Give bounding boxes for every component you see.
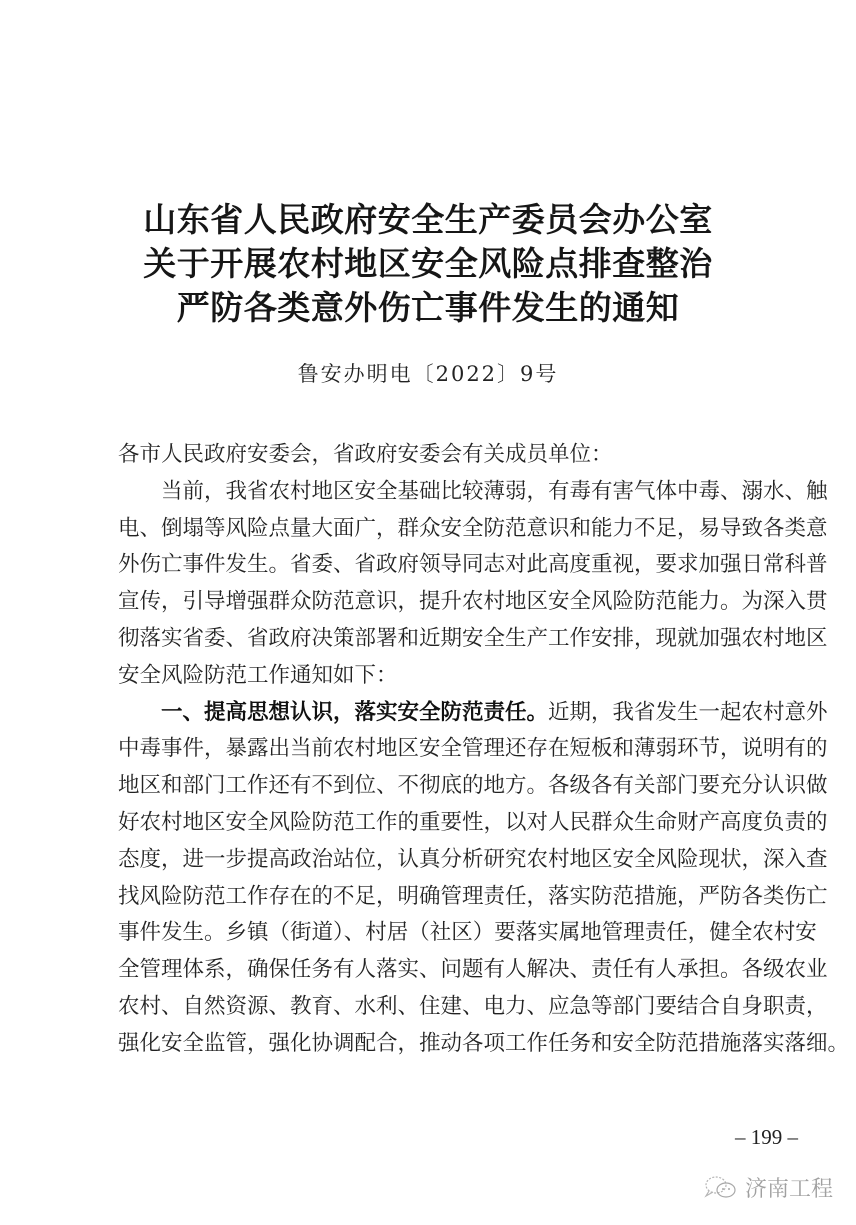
paragraph-line: 态度，进一步提高政治站位，认真分析研究农村地区安全风险现状，深入查 (118, 842, 774, 879)
paragraph-line: 外伤亡事件发生。省委、省政府领导同志对此高度重视，要求加强日常科普 (118, 547, 774, 584)
paragraph-line: 电、倒塌等风险点量大面广，群众安全防范意识和能力不足，易导致各类意 (118, 511, 774, 548)
paragraph-line: 找风险防范工作存在的不足，明确管理责任，落实防范措施，严防各类伤亡 (118, 879, 774, 916)
section-1: 一、提高思想认识，落实安全防范责任。近期，我省发生一起农村意外 中毒事件，暴露出… (118, 695, 774, 1063)
paragraph-line: 好农村地区安全风险防范工作的重要性，以对人民群众生命财产高度负责的 (118, 805, 774, 842)
paragraph-intro: 当前，我省农村地区安全基础比较薄弱，有毒有害气体中毒、溺水、触 电、倒塌等风险点… (118, 474, 774, 695)
page-number: – 199 – (735, 1125, 798, 1150)
title-line-3: 严防各类意外伤亡事件发生的通知 (0, 286, 856, 330)
paragraph-line: 地区和部门工作还有不到位、不彻底的地方。各级各有关部门要充分认识做 (118, 768, 774, 805)
paragraph-line: 中毒事件，暴露出当前农村地区安全管理还存在短板和薄弱环节，说明有的 (118, 731, 774, 768)
paragraph-line: 全管理体系，确保任务有人落实、问题有人解决、责任有人承担。各级农业 (118, 952, 774, 989)
paragraph-line: 宣传，引导增强群众防范意识，提升农村地区安全风险防范能力。为深入贯 (118, 584, 774, 621)
document-body: 各市人民政府安委会，省政府安委会有关成员单位： 当前，我省农村地区安全基础比较薄… (118, 437, 774, 1063)
document-page: 山东省人民政府安全生产委员会办公室 关于开展农村地区安全风险点排查整治 严防各类… (0, 0, 856, 1225)
section-1-heading: 一、提高思想认识，落实安全防范责任。 (161, 700, 548, 725)
paragraph-line: 事件发生。乡镇（街道）、村居（社区）要落实属地管理责任，健全农村安 (118, 915, 774, 952)
title-line-2: 关于开展农村地区安全风险点排查整治 (0, 242, 856, 286)
salutation: 各市人民政府安委会，省政府安委会有关成员单位： (118, 437, 774, 474)
document-number: 鲁安办明电〔2022〕9号 (0, 358, 856, 388)
paragraph-line: 农村、自然资源、教育、水利、住建、电力、应急等部门要结合自身职责， (118, 989, 774, 1026)
watermark: 济南工程 (703, 1172, 833, 1203)
paragraph-line: 安全风险防范工作通知如下： (118, 658, 774, 695)
paragraph-line: 彻落实省委、省政府决策部署和近期安全生产工作安排，现就加强农村地区 (118, 621, 774, 658)
section-1-first-line: 一、提高思想认识，落实安全防范责任。近期，我省发生一起农村意外 (118, 695, 774, 732)
paragraph-line: 强化安全监管，强化协调配合，推动各项工作任务和安全防范措施落实落细。 (118, 1026, 774, 1063)
paragraph-line: 当前，我省农村地区安全基础比较薄弱，有毒有害气体中毒、溺水、触 (118, 474, 774, 511)
wechat-icon (703, 1174, 739, 1202)
section-1-first-line-text: 近期，我省发生一起农村意外 (548, 700, 828, 725)
watermark-label: 济南工程 (745, 1172, 833, 1203)
document-title: 山东省人民政府安全生产委员会办公室 关于开展农村地区安全风险点排查整治 严防各类… (0, 198, 856, 330)
title-line-1: 山东省人民政府安全生产委员会办公室 (0, 198, 856, 242)
